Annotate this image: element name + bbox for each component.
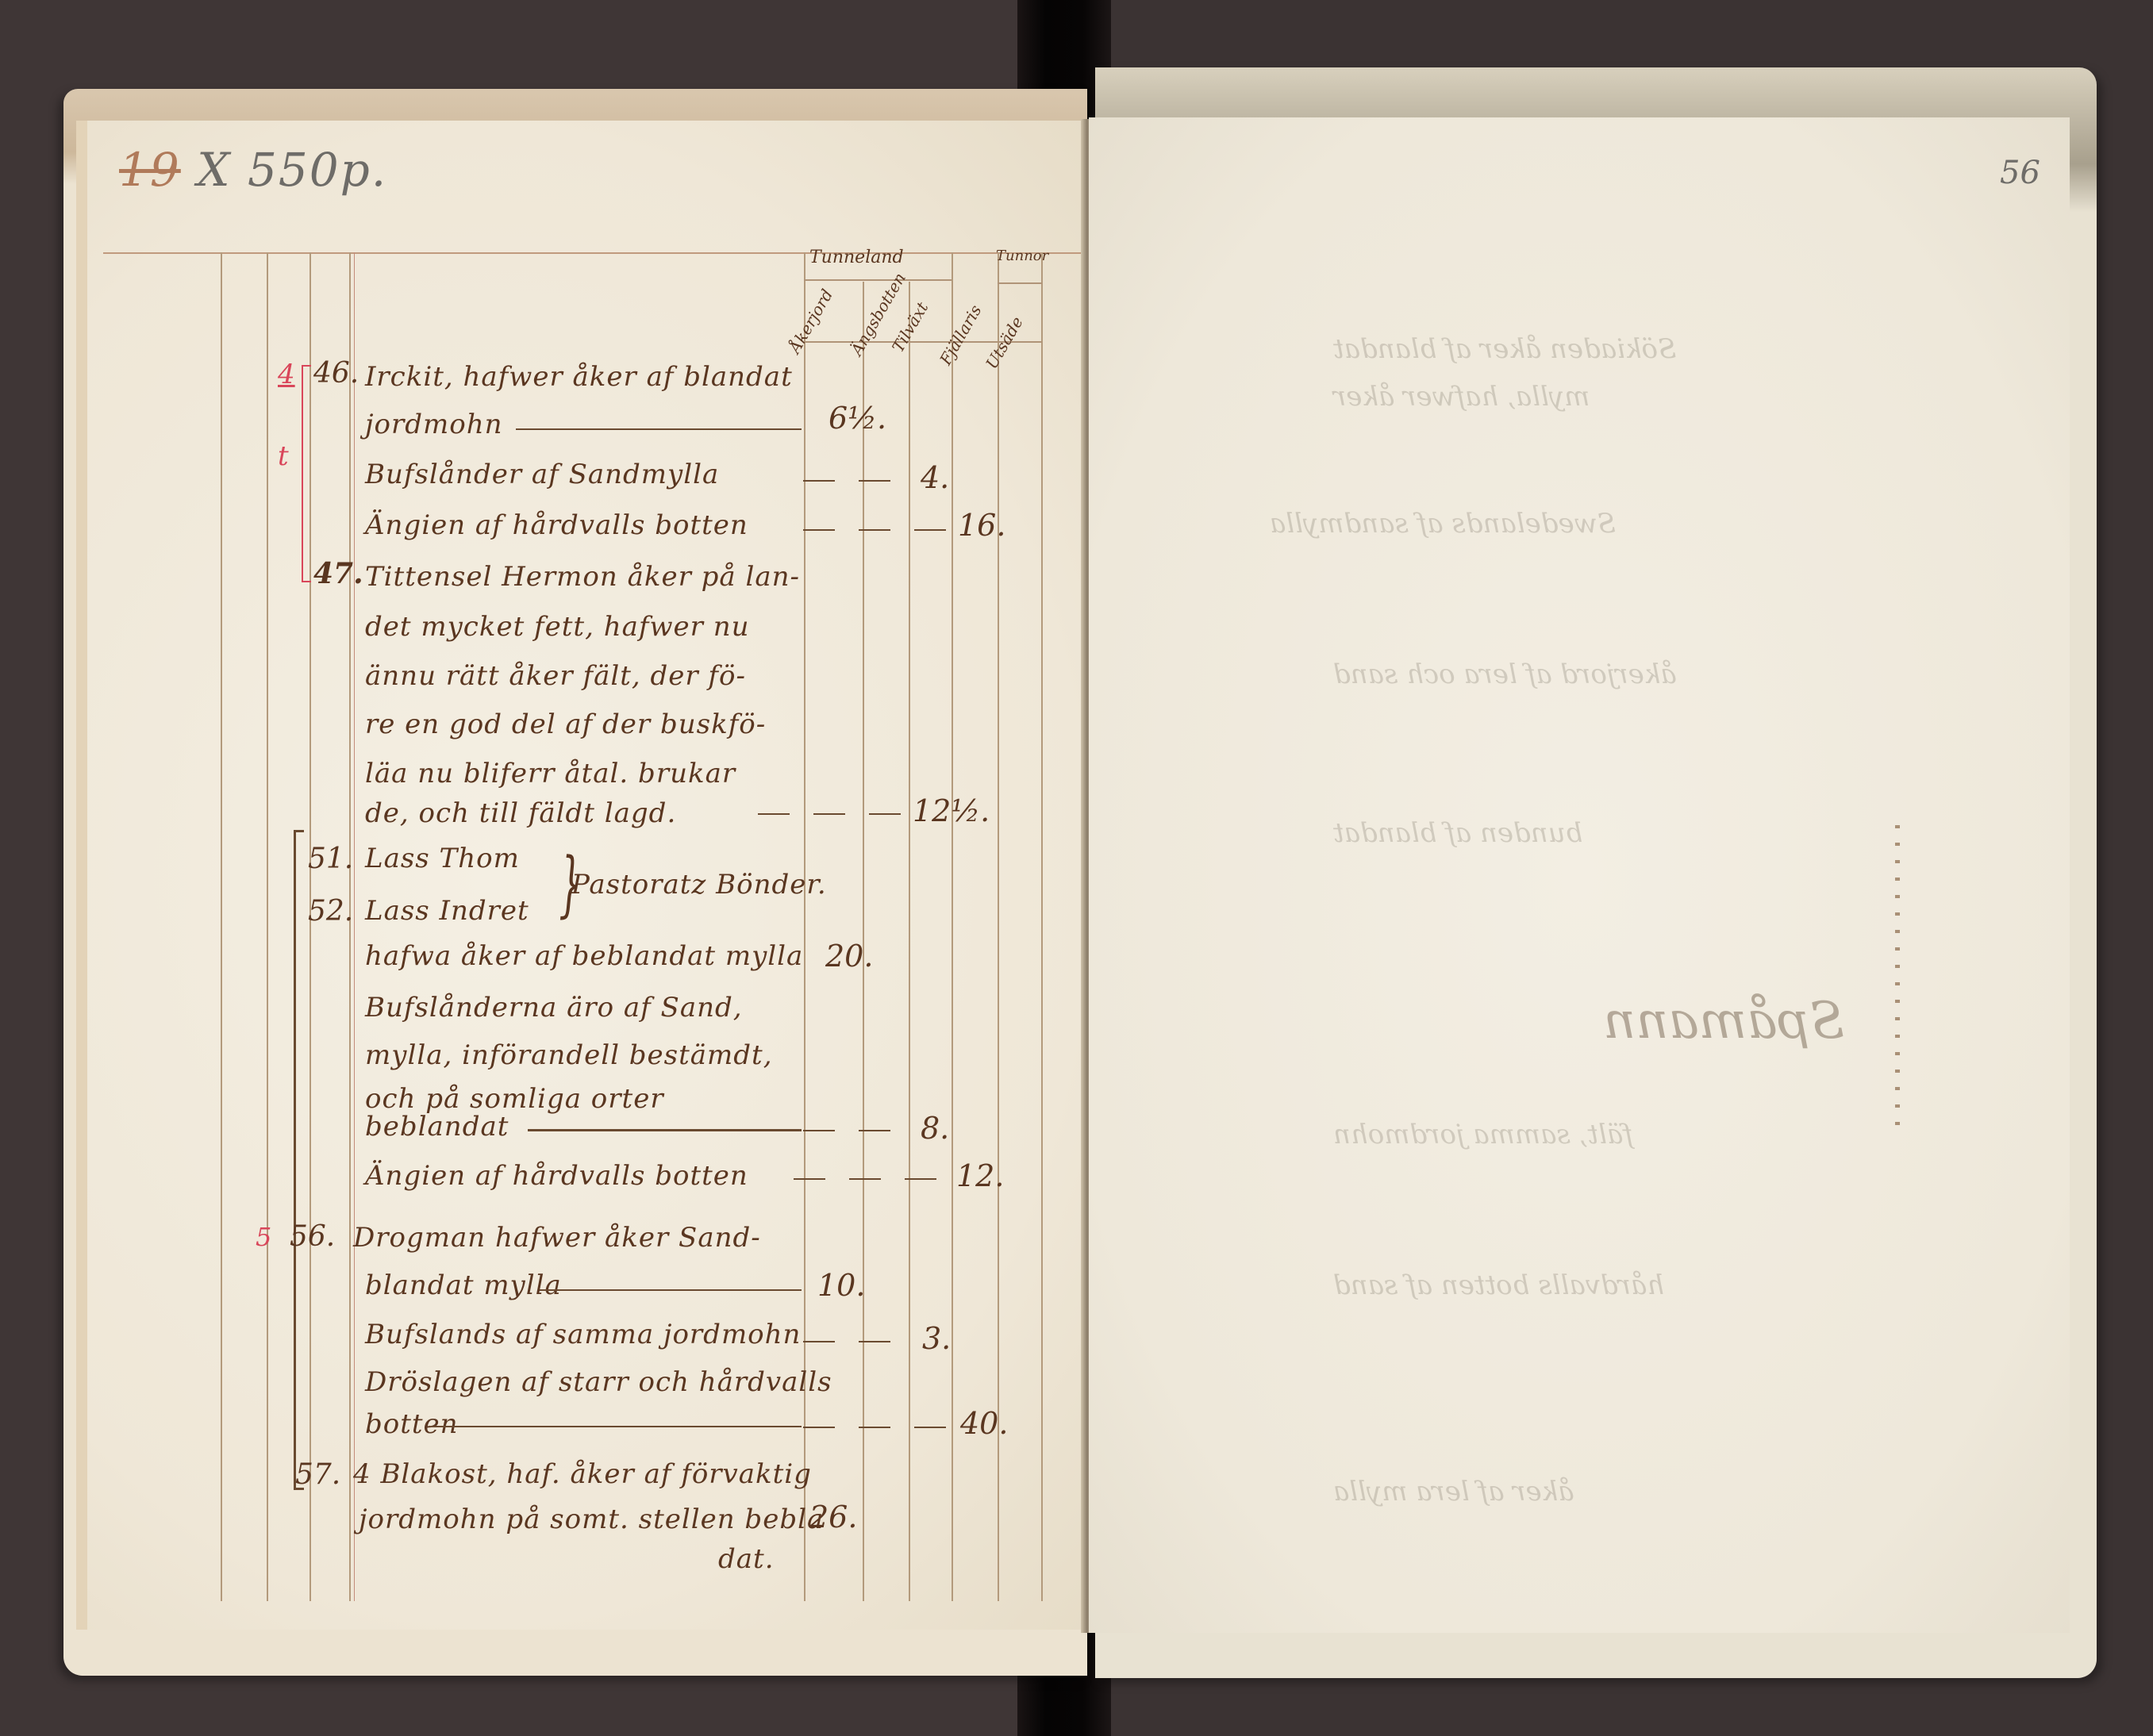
bleed-through-text: mylla, hafwer åker: [1333, 381, 1590, 413]
margin-mark-4: 4: [278, 359, 295, 390]
entry-57-line-2: jordmohn på somt. stellen bebla: [359, 1504, 824, 1535]
red-bracket-46-47: [302, 365, 311, 582]
entry-56-line-5: botten: [365, 1408, 459, 1440]
entry-56-line-4: Dröslagen af starr och hårdvalls: [365, 1366, 832, 1398]
col-group-tunneland: Tunneland: [809, 248, 904, 267]
amount-52-fjallaris: 12.: [956, 1158, 1004, 1193]
entry-number-46: 46.: [313, 357, 359, 390]
entry-number-56: 56.: [290, 1220, 335, 1253]
leader-line: [803, 529, 954, 531]
amount-57-akerjord: 26.: [809, 1500, 857, 1534]
entry-47-line-2: det mycket fett, hafwer nu: [365, 611, 750, 643]
amount-52-tilvaxt: 8.: [921, 1111, 949, 1146]
leader-line: [540, 1289, 802, 1291]
leader-line: [794, 1178, 952, 1180]
entry-57-line-3: dat.: [718, 1543, 775, 1575]
header-sub-rule-2: [998, 282, 1042, 284]
amount-46-fjallaris: 16.: [958, 508, 1005, 543]
folio-mark-right: 56: [2000, 155, 2040, 191]
entry-57-line-1: 4 Blakost, haf. åker af förvaktig: [353, 1458, 812, 1490]
entry-47-line-1: Tittensel Hermon åker på lan-: [365, 561, 800, 593]
amount-56-akerjord: 10.: [817, 1268, 865, 1303]
bleed-through-text: fält, samma jordmohn: [1333, 1119, 1633, 1150]
entry-47-line-6: de, och till fäldt lagd.: [365, 797, 676, 829]
amount-46-tilvaxt: 4.: [921, 460, 949, 495]
entry-52-line-6: och på somliga orter: [365, 1083, 664, 1115]
header-top-rule: [103, 252, 1081, 254]
margin-rule-1: [221, 252, 222, 1601]
leader-line: [803, 1427, 954, 1428]
brown-bracket-51-57: [294, 830, 304, 1490]
amount-col-rule-6: [1041, 252, 1043, 1601]
amount-46-akerjord: 6½.: [829, 401, 886, 436]
entry-56-line-2: blandat mylla: [365, 1269, 562, 1301]
entry-number-51: 51.: [308, 843, 353, 875]
leader-line: [528, 1129, 802, 1131]
bleed-through-text: hårdvalls botten af sand: [1333, 1269, 1664, 1301]
bleed-through-text: åker af lera mylla: [1333, 1476, 1574, 1507]
amount-col-rule-4: [952, 252, 953, 1601]
amount-56-tilvaxt: 3.: [922, 1321, 951, 1356]
entry-52-line-4: Bufslånderna äro af Sand,: [365, 992, 743, 1024]
folio-mark-left: 19 X 550p.: [119, 143, 387, 197]
leader-line: [429, 1426, 802, 1427]
leader-line: [758, 813, 909, 815]
ink-spatter-marks: [1895, 825, 1900, 1127]
amount-52-akerjord: 20.: [825, 939, 873, 974]
text-left-rule: [354, 252, 355, 1601]
folio-struck-number: 19: [119, 143, 181, 197]
entry-47-line-4: re en god del af der buskfö-: [365, 709, 766, 740]
amount-col-rule-1: [804, 252, 805, 1601]
entry-46-line-3: Bufslånder af Sandmylla: [365, 459, 719, 490]
leader-line: [516, 428, 802, 430]
col-group-tunnor: Tunnor: [996, 248, 1048, 264]
entry-46-line-1: Irckit, hafwer åker af blandat: [365, 361, 793, 393]
bleed-through-text: Swedelands af sandmylla: [1270, 508, 1616, 540]
bleed-through-text: Sökiaden åker af blandat: [1333, 333, 1676, 365]
folio-pencil-number: X 550p.: [197, 143, 387, 197]
entry-52-line-8: Ängien af hårdvalls botten: [365, 1160, 748, 1192]
entry-56-line-3: Bufslands af samma jordmohn: [365, 1319, 801, 1350]
entry-47-line-3: ännu rätt åker fält, der fö-: [365, 660, 746, 692]
amount-56-fjallaris: 40.: [960, 1406, 1008, 1441]
bleed-through-text: bunden af blandat: [1333, 817, 1582, 849]
entry-56-line-1: Drogman hafwer åker Sand-: [353, 1222, 761, 1254]
entry-number-57: 57.: [295, 1458, 340, 1491]
entry-number-52: 52.: [308, 895, 353, 928]
entry-52-line-3: hafwa åker af beblandat mylla: [365, 940, 803, 972]
entry-52-line-1: Lass Indret: [365, 895, 529, 927]
bleed-through-text: åkerjord af lera och sand: [1333, 659, 1677, 690]
header-sub-rule: [804, 279, 952, 281]
leader-line: [803, 1130, 914, 1131]
entry-number-47: 47.: [313, 557, 363, 590]
entry-52-line-7: beblandat: [365, 1111, 509, 1143]
bleed-through-heading: Spåmann: [1603, 992, 1844, 1050]
entry-52-group-label: Pastoratz Bönder.: [571, 869, 827, 901]
leader-line: [803, 480, 914, 482]
margin-rule-2: [267, 252, 268, 1601]
amount-col-rule-5: [998, 252, 999, 1601]
amount-47-tilvaxt: 12½.: [913, 793, 990, 828]
margin-mark-t: t: [278, 440, 289, 472]
entry-51-line-1: Lass Thom: [365, 843, 520, 874]
leader-line: [803, 1341, 914, 1342]
entry-46-line-4: Ängien af hårdvalls botten: [365, 509, 748, 541]
margin-mark-5: 5: [256, 1222, 271, 1252]
entry-47-line-5: läa nu bliferr åtal. brukar: [365, 758, 736, 789]
entry-52-line-5: mylla, införandell bestämdt,: [365, 1039, 773, 1071]
entry-46-line-2: jordmohn: [365, 409, 503, 440]
